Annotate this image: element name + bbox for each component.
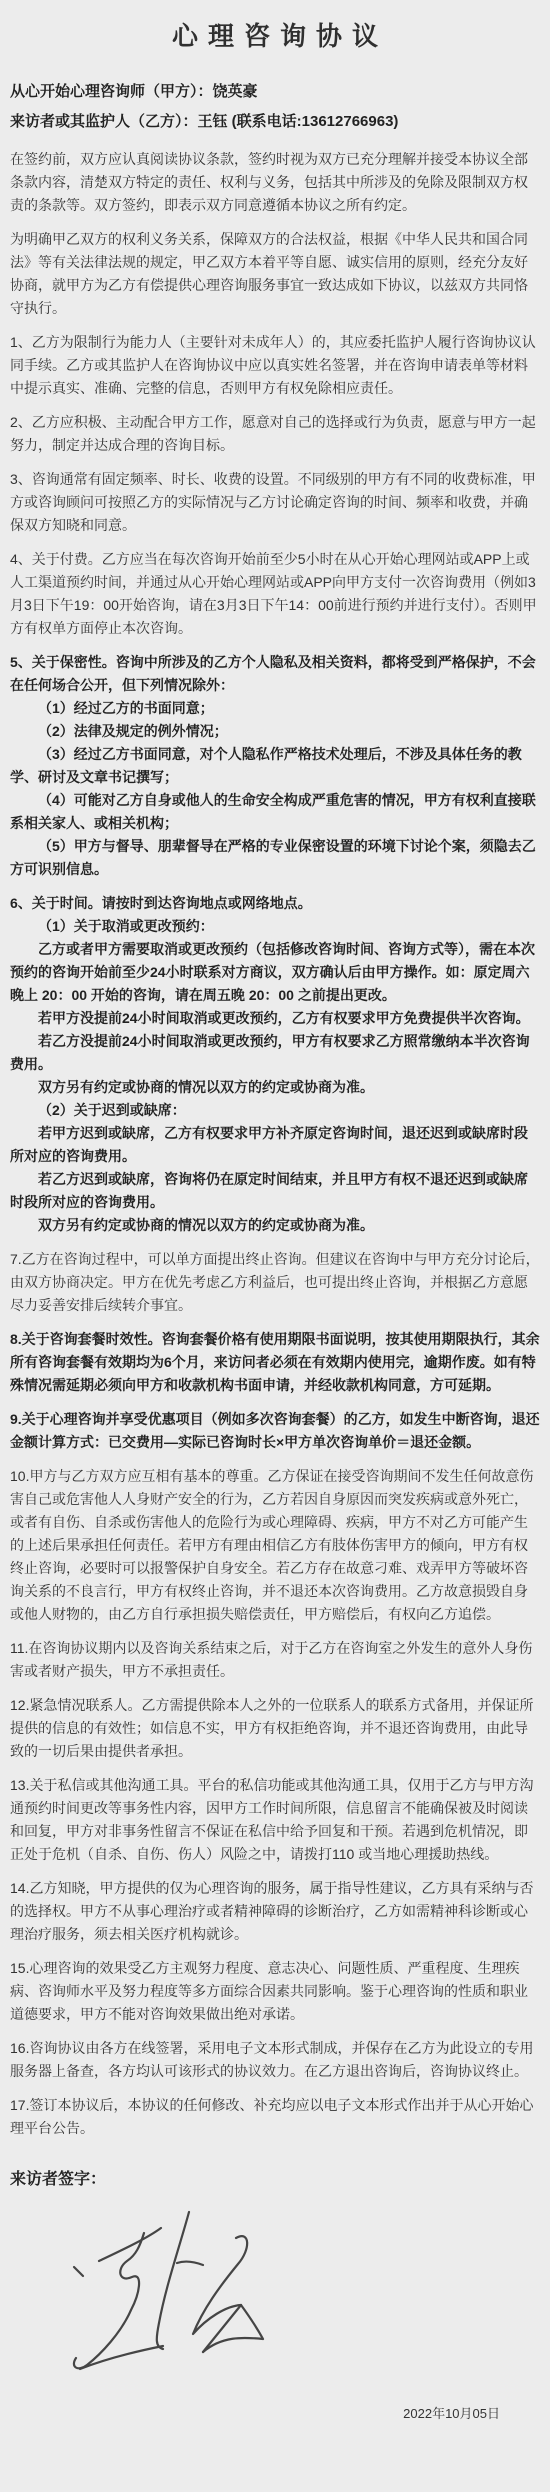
clause-text: 10.甲方与乙方双方应互相有基本的尊重。乙方保证在接受咨询期间不发生任何故意伤害… <box>10 1465 540 1626</box>
agreement-clause: 4、关于付费。乙方应当在每次咨询开始前至少5小时在从心开始心理网站或APP上或人… <box>10 548 540 640</box>
visitor-signature-label: 来访者签字： <box>10 2166 540 2189</box>
signing-date: 2022年10月05日 <box>10 2403 500 2422</box>
clause-text: 8.关于咨询套餐时效性。咨询套餐价格有使用期限书面说明，按其使用期限执行，其余所… <box>10 1328 540 1397</box>
agreement-document: 心理咨询协议 从心开始心理咨询师（甲方）：饶英豪 来访者或其监护人（乙方）：王钰… <box>0 0 550 2492</box>
handwritten-signature <box>50 2197 540 2397</box>
agreement-clause: 8.关于咨询套餐时效性。咨询套餐价格有使用期限书面说明，按其使用期限执行，其余所… <box>10 1328 540 1397</box>
clause-text: 乙方或者甲方需要取消或更改预约（包括修改咨询时间、咨询方式等），需在本次预约的咨… <box>10 938 540 1007</box>
clause-text: （2）法律及规定的例外情况； <box>10 720 540 743</box>
clause-text: 3、咨询通常有固定频率、时长、收费的设置。不同级别的甲方有不同的收费标准，甲方或… <box>10 468 540 537</box>
clause-text: 双方另有约定或协商的情况以双方的约定或协商为准。 <box>10 1214 540 1237</box>
agreement-clause: 6、关于时间。请按时到达咨询地点或网络地点。（1）关于取消或更改预约：乙方或者甲… <box>10 892 540 1237</box>
clause-text: 2、乙方应积极、主动配合甲方工作，愿意对自己的选择或行为负责，愿意与甲方一起努力… <box>10 411 540 457</box>
clause-text: 7.乙方在咨询过程中，可以单方面提出终止咨询。但建议在咨询中与甲方充分讨论后，由… <box>10 1248 540 1317</box>
agreement-clause: 9.关于心理咨询并享受优惠项目（例如多次咨询套餐）的乙方，如发生中断咨询，退还金… <box>10 1408 540 1454</box>
agreement-clause: 16.咨询协议由各方在线签署，采用电子文本形式制成，并保存在乙方为此设立的专用服… <box>10 2037 540 2083</box>
clause-text: 若乙方没提前24小时间取消或更改预约，甲方有权要求乙方照常缴纳本半次咨询费用。 <box>10 1030 540 1076</box>
clause-text: 在签约前，双方应认真阅读协议条款，签约时视为双方已充分理解并接受本协议全部条款内… <box>10 148 540 217</box>
clause-text: （3）经过乙方书面同意，对个人隐私作严格技术处理后，不涉及具体任务的教学、研讨及… <box>10 743 540 789</box>
party-a-line: 从心开始心理咨询师（甲方）：饶英豪 <box>10 77 540 107</box>
agreement-clause: 在签约前，双方应认真阅读协议条款，签约时视为双方已充分理解并接受本协议全部条款内… <box>10 148 540 217</box>
clause-text: 17.签订本协议后，本协议的任何修改、补充均应以电子文本形式作出并于从心开始心理… <box>10 2094 540 2140</box>
clause-text: 1、乙方为限制行为能力人（主要针对未成年人）的，其应委托监护人履行咨询协议认同手… <box>10 331 540 400</box>
clause-text: 若甲方没提前24小时间取消或更改预约，乙方有权要求甲方免费提供半次咨询。 <box>10 1007 540 1030</box>
clause-text: 11.在咨询协议期内以及咨询关系结束之后，对于乙方在咨询室之外发生的意外人身伤害… <box>10 1637 540 1683</box>
page-title: 心理咨询协议 <box>10 16 540 53</box>
agreement-clause: 为明确甲乙双方的权利义务关系，保障双方的合法权益，根据《中华人民共和国合同法》等… <box>10 228 540 320</box>
agreement-clause: 15.心理咨询的效果受乙方主观努力程度、意志决心、问题性质、严重程度、生理疾病、… <box>10 1957 540 2026</box>
agreement-clause: 10.甲方与乙方双方应互相有基本的尊重。乙方保证在接受咨询期间不发生任何故意伤害… <box>10 1465 540 1626</box>
clause-text: 6、关于时间。请按时到达咨询地点或网络地点。 <box>10 892 540 915</box>
clause-text: 若甲方迟到或缺席，乙方有权要求甲方补齐原定咨询时间，退还迟到或缺席时段所对应的咨… <box>10 1122 540 1168</box>
clause-text: （5）甲方与督导、朋辈督导在严格的专业保密设置的环境下讨论个案，须隐去乙方可识别… <box>10 835 540 881</box>
agreement-clause: 1、乙方为限制行为能力人（主要针对未成年人）的，其应委托监护人履行咨询协议认同手… <box>10 331 540 400</box>
clause-text: （2）关于迟到或缺席： <box>10 1099 540 1122</box>
agreement-clause: 12.紧急情况联系人。乙方需提供除本人之外的一位联系人的联系方式备用，并保证所提… <box>10 1694 540 1763</box>
agreement-clause: 2、乙方应积极、主动配合甲方工作，愿意对自己的选择或行为负责，愿意与甲方一起努力… <box>10 411 540 457</box>
clause-text: 4、关于付费。乙方应当在每次咨询开始前至少5小时在从心开始心理网站或APP上或人… <box>10 548 540 640</box>
clause-text: 9.关于心理咨询并享受优惠项目（例如多次咨询套餐）的乙方，如发生中断咨询，退还金… <box>10 1408 540 1454</box>
clause-text: 5、关于保密性。咨询中所涉及的乙方个人隐私及相关资料，都将受到严格保护，不会在任… <box>10 651 540 697</box>
agreement-clause: 11.在咨询协议期内以及咨询关系结束之后，对于乙方在咨询室之外发生的意外人身伤害… <box>10 1637 540 1683</box>
agreement-clause: 3、咨询通常有固定频率、时长、收费的设置。不同级别的甲方有不同的收费标准，甲方或… <box>10 468 540 537</box>
agreement-body: 在签约前，双方应认真阅读协议条款，签约时视为双方已充分理解并接受本协议全部条款内… <box>10 148 540 2140</box>
agreement-clause: 5、关于保密性。咨询中所涉及的乙方个人隐私及相关资料，都将受到严格保护，不会在任… <box>10 651 540 881</box>
signature-strokes-svg <box>50 2197 310 2397</box>
clause-text: （1）关于取消或更改预约： <box>10 915 540 938</box>
clause-text: 12.紧急情况联系人。乙方需提供除本人之外的一位联系人的联系方式备用，并保证所提… <box>10 1694 540 1763</box>
clause-text: 为明确甲乙双方的权利义务关系，保障双方的合法权益，根据《中华人民共和国合同法》等… <box>10 228 540 320</box>
clause-text: 若乙方迟到或缺席，咨询将仍在原定时间结束，并且甲方有权不退还迟到或缺席时段所对应… <box>10 1168 540 1214</box>
agreement-clause: 7.乙方在咨询过程中，可以单方面提出终止咨询。但建议在咨询中与甲方充分讨论后，由… <box>10 1248 540 1317</box>
clause-text: 16.咨询协议由各方在线签署，采用电子文本形式制成，并保存在乙方为此设立的专用服… <box>10 2037 540 2083</box>
party-b-line: 来访者或其监护人（乙方）：王钰 (联系电话:13612766963) <box>10 107 540 137</box>
clause-text: 15.心理咨询的效果受乙方主观努力程度、意志决心、问题性质、严重程度、生理疾病、… <box>10 1957 540 2026</box>
clause-text: 14.乙方知晓，甲方提供的仅为心理咨询的服务，属于指导性建议，乙方具有采纳与否的… <box>10 1877 540 1946</box>
clause-text: （4）可能对乙方自身或他人的生命安全构成严重危害的情况，甲方有权利直接联系相关家… <box>10 789 540 835</box>
clause-text: 13.关于私信或其他沟通工具。平台的私信功能或其他沟通工具，仅用于乙方与甲方沟通… <box>10 1774 540 1866</box>
agreement-clause: 17.签订本协议后，本协议的任何修改、补充均应以电子文本形式作出并于从心开始心理… <box>10 2094 540 2140</box>
clause-text: 双方另有约定或协商的情况以双方的约定或协商为准。 <box>10 1076 540 1099</box>
clause-text: （1）经过乙方的书面同意； <box>10 697 540 720</box>
agreement-clause: 13.关于私信或其他沟通工具。平台的私信功能或其他沟通工具，仅用于乙方与甲方沟通… <box>10 1774 540 1866</box>
agreement-clause: 14.乙方知晓，甲方提供的仅为心理咨询的服务，属于指导性建议，乙方具有采纳与否的… <box>10 1877 540 1946</box>
